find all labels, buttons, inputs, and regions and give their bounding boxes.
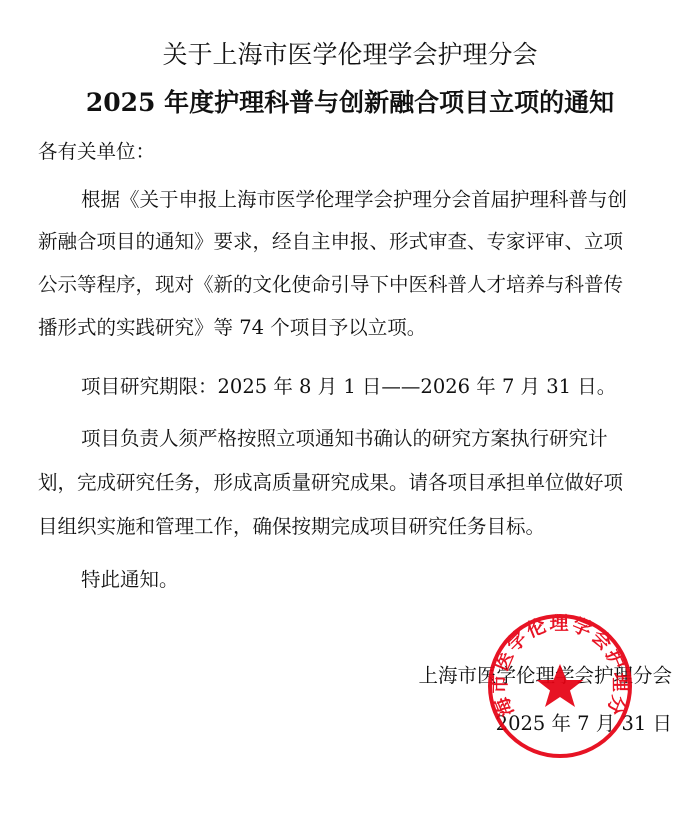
paragraph-1-line-1: 根据《关于申报上海市医学伦理学会护理分会首届护理科普与创 [81,187,627,213]
stamp-text: 上海市医学伦理学会护理分会 [486,612,631,720]
paragraph-3-line-3: 目组织实施和管理工作，确保按期完成项目研究任务目标。 [38,514,545,540]
paragraph-1-line-3: 公示等程序，现对《新的文化使命引导下中医科普人才培养与科普传 [38,272,623,298]
paragraph-1-line-2: 新融合项目的通知》要求，经自主申报、形式审查、专家评审、立项 [38,229,623,255]
paragraph-3-line-1: 项目负责人须严格按照立项通知书确认的研究方案执行研究计 [81,426,608,452]
title-line-1: 关于上海市医学伦理学会护理分会 [0,40,700,70]
svg-text:上海市医学伦理学会护理分会: 上海市医学伦理学会护理分会 [486,612,631,720]
closing: 特此通知。 [81,567,179,593]
title-line-2: 2025 年度护理科普与创新融合项目立项的通知 [0,88,700,118]
paragraph-3-line-2: 划，完成研究任务，形成高质量研究成果。请各项目承担单位做好项 [38,470,623,496]
paragraph-1-line-4: 播形式的实践研究》等 74 个项目予以立项。 [38,315,426,341]
research-period: 项目研究期限：2025 年 8 月 1 日——2026 年 7 月 31 日。 [81,374,616,400]
salutation: 各有关单位： [38,139,155,165]
official-seal-stamp: 上海市医学伦理学会护理分会 [486,612,634,760]
star-icon [537,664,584,707]
